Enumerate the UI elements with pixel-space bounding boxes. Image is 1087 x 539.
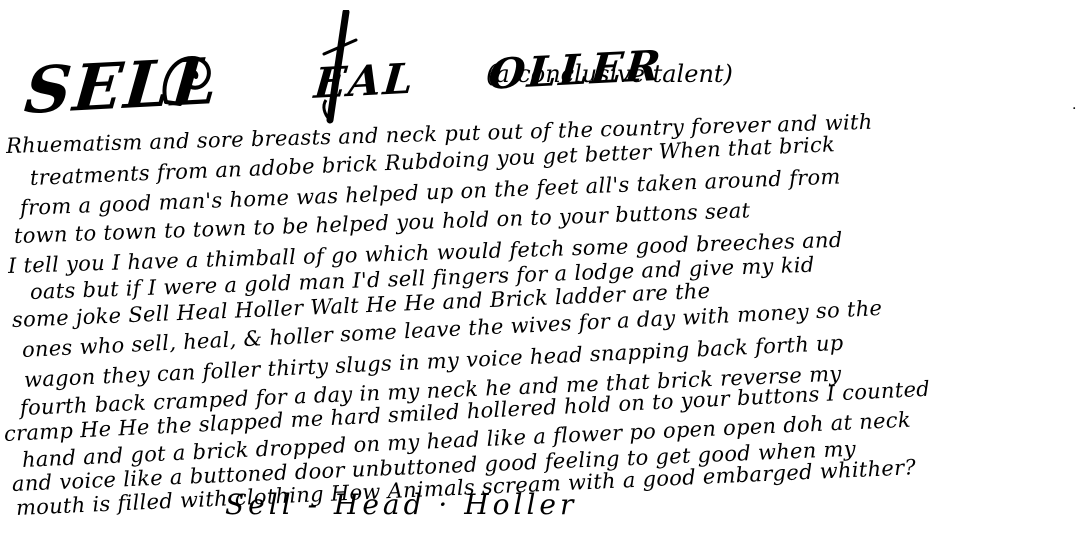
title-word-sell: SELL [22, 44, 223, 129]
document-title: SELL EAL OLLER (a conclusive talent) [8, 40, 1078, 130]
stray-ink-mark: · [1072, 101, 1076, 117]
title-subtitle: (a conclusive talent) [486, 60, 733, 88]
handwritten-document-page: SELL EAL OLLER (a conclusive talent) · R… [0, 0, 1087, 539]
signature: Sell - Head · Holler [225, 488, 577, 521]
title-word-heal: EAL [312, 54, 417, 108]
